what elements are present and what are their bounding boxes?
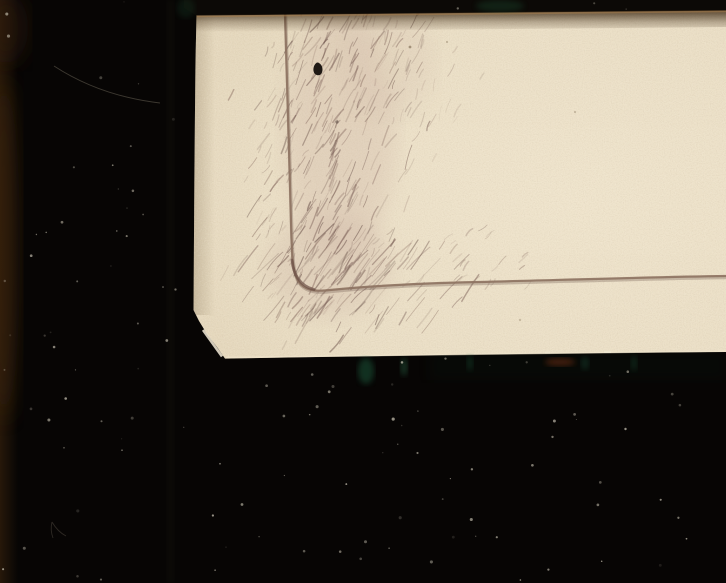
dust-speck	[126, 207, 128, 209]
dust-speck	[174, 288, 176, 290]
dust-speck	[471, 468, 473, 470]
graphite-dot	[335, 120, 338, 123]
dust-speck	[123, 1, 124, 2]
dust-speck	[659, 564, 662, 567]
dust-speck	[241, 503, 244, 506]
dust-speck	[489, 365, 490, 366]
dust-speck	[526, 361, 528, 363]
dust-speck	[99, 76, 102, 79]
green-flare	[631, 355, 637, 371]
dust-speck	[131, 417, 134, 420]
dust-speck	[401, 361, 404, 364]
dust-speck	[212, 514, 214, 516]
dust-speck	[452, 536, 455, 539]
dust-speck	[364, 540, 367, 543]
dust-speck	[671, 393, 674, 396]
dust-speck	[61, 221, 64, 224]
dust-speck	[686, 538, 688, 540]
dust-speck	[303, 550, 306, 553]
green-flare	[358, 358, 374, 384]
dust-speck	[142, 214, 144, 216]
dust-speck	[382, 452, 383, 453]
edge-nick	[604, 351, 611, 353]
dust-speck	[401, 425, 403, 427]
orange-flare	[545, 358, 575, 366]
dust-speck	[397, 444, 398, 445]
dust-speck	[520, 579, 522, 581]
dust-speck	[593, 2, 595, 4]
dust-speck	[76, 575, 79, 578]
dust-speck	[110, 265, 112, 267]
paper-fleck	[574, 111, 576, 113]
hatch-stroke	[375, 79, 376, 85]
green-flare	[401, 358, 408, 376]
dust-speck	[4, 369, 6, 371]
dust-speck	[392, 418, 395, 421]
dust-speck	[137, 368, 139, 370]
dust-speck	[399, 516, 402, 519]
dust-speck	[138, 83, 139, 84]
dust-speck	[214, 569, 216, 571]
dust-speck	[627, 370, 630, 373]
dust-speck	[53, 346, 56, 349]
dust-speck	[601, 561, 603, 563]
dust-speck	[339, 550, 342, 553]
dust-speck	[44, 334, 46, 336]
dust-speck	[457, 7, 459, 9]
dust-speck	[309, 414, 311, 416]
dust-speck	[265, 384, 268, 387]
dust-speck	[679, 404, 682, 407]
dust-speck	[36, 234, 37, 235]
dust-speck	[183, 427, 184, 428]
dust-speck	[73, 166, 75, 168]
green-flare	[467, 355, 473, 371]
dust-speck	[475, 536, 476, 537]
dust-speck	[121, 438, 122, 439]
dust-speck	[116, 230, 117, 231]
dust-speck	[137, 322, 139, 324]
green-flare	[581, 356, 589, 370]
paper-fleck	[409, 46, 412, 49]
dust-speck	[442, 498, 444, 500]
dust-speck	[576, 419, 577, 420]
dust-speck	[5, 12, 8, 15]
dust-speck	[165, 339, 168, 342]
dust-speck	[531, 464, 534, 467]
photo-frame	[0, 0, 726, 583]
dust-speck	[388, 547, 390, 549]
dust-speck	[573, 413, 576, 416]
dust-speck	[496, 536, 498, 538]
dust-speck	[100, 579, 102, 581]
dust-speck	[470, 518, 473, 521]
dust-speck	[311, 373, 314, 376]
top-shadow-band	[177, 0, 726, 32]
dust-speck	[45, 232, 47, 234]
dust-speck	[75, 369, 76, 370]
dust-speck	[547, 568, 549, 570]
dust-speck	[47, 418, 50, 421]
dust-speck	[63, 447, 65, 449]
dust-speck	[551, 436, 553, 438]
dust-speck	[76, 509, 79, 512]
dust-speck	[416, 452, 418, 454]
dust-speck	[328, 390, 331, 393]
faint-mat-edge	[167, 0, 174, 583]
dust-speck	[417, 410, 418, 411]
dust-speck	[7, 35, 10, 38]
scan-photograph	[0, 0, 726, 583]
dust-speck	[660, 499, 662, 501]
edge-nick	[545, 352, 550, 354]
paper-fleck	[446, 41, 448, 43]
dust-speck	[625, 8, 626, 9]
dust-speck	[2, 568, 4, 570]
dust-speck	[64, 397, 67, 400]
dust-speck	[50, 331, 52, 333]
dust-speck	[219, 463, 221, 465]
hatch-wash-corner	[268, 213, 392, 317]
dust-speck	[23, 547, 26, 550]
dust-speck	[132, 190, 135, 193]
dust-speck	[130, 145, 132, 147]
dust-speck	[118, 188, 119, 189]
dust-speck	[609, 375, 611, 377]
dust-speck	[9, 334, 11, 336]
dust-speck	[30, 254, 33, 257]
green-tinge-band	[476, 0, 524, 12]
dust-speck	[112, 164, 114, 166]
dust-speck	[225, 547, 226, 548]
dust-speck	[444, 357, 446, 359]
dust-speck	[316, 405, 319, 408]
dust-speck	[283, 415, 286, 418]
dust-speck	[597, 504, 600, 507]
dust-speck	[100, 420, 102, 422]
dust-speck	[4, 280, 6, 282]
dust-speck	[441, 428, 444, 431]
dust-speck	[553, 420, 556, 423]
dust-speck	[172, 118, 175, 121]
green-haze-under-edge	[430, 352, 726, 380]
dust-speck	[30, 408, 33, 411]
dust-speck	[258, 536, 260, 538]
dust-speck	[121, 449, 123, 451]
dust-speck	[677, 517, 679, 519]
dust-speck	[76, 280, 78, 282]
dust-speck	[332, 385, 335, 388]
dust-speck	[624, 428, 626, 430]
dust-speck	[599, 481, 602, 484]
dust-speck	[126, 235, 128, 237]
dust-speck	[359, 557, 362, 560]
dust-speck	[450, 478, 451, 479]
dust-speck	[345, 483, 347, 485]
dust-speck	[162, 286, 164, 288]
dust-speck	[430, 560, 433, 563]
dust-speck	[284, 475, 285, 476]
paper-fleck	[519, 319, 521, 321]
dust-speck	[391, 383, 393, 385]
